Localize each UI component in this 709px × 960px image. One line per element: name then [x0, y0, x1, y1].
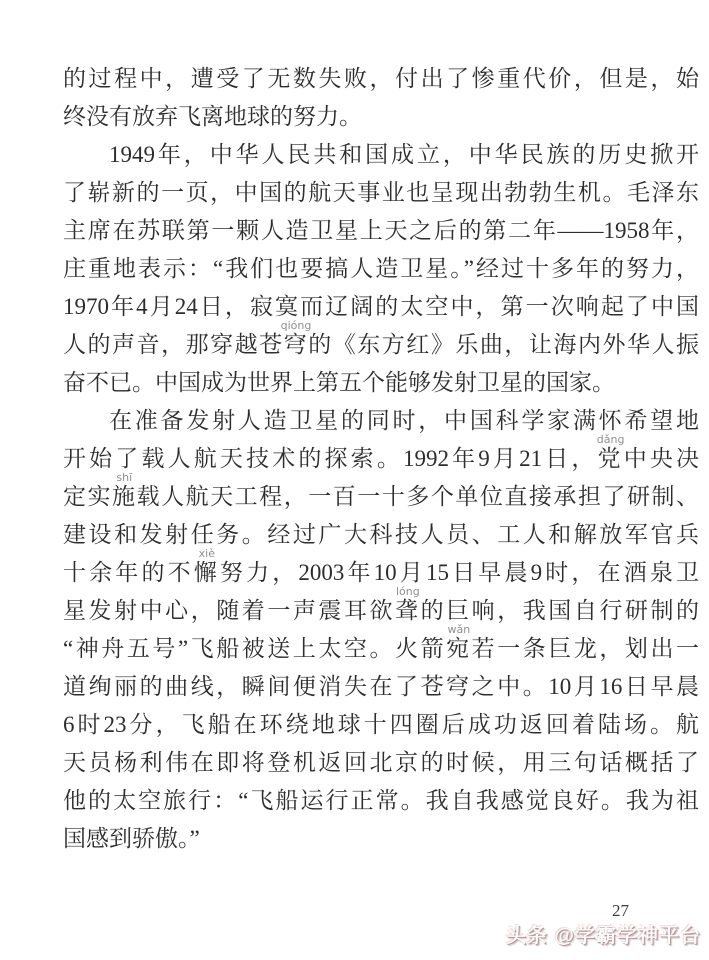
text-line: 终没有放弃飞离地球的努力。: [63, 98, 699, 136]
annotated-char: xiè懈: [194, 560, 220, 585]
paragraph: 1949年，中华人民共和国成立，中华民族的历史掀开了崭新的一页，中国的航天事业也…: [63, 136, 699, 402]
pinyin-annotation: xiè: [199, 548, 215, 559]
text-line: 他的太空旅行：“飞船运行正常。我自我感觉良好。我为祖: [63, 782, 699, 820]
text-line: “神舟五号”飞船被送上太空。火箭wǎn宛若一条巨龙，划出一: [63, 630, 699, 668]
text-line: 开始了载人航天技术的探索。1992年9月21日，dǎng党中央决: [63, 440, 699, 478]
pinyin-annotation: dǎng: [597, 434, 625, 445]
text-line: 主席在苏联第一颗人造卫星上天之后的第二年——1958年，: [63, 212, 699, 250]
pinyin-annotation: shī: [116, 472, 132, 483]
pinyin-annotation: qióng: [281, 320, 312, 331]
text-line: 的过程中，遭受了无数失败，付出了惨重代价，但是，始: [63, 60, 699, 98]
textbook-page: 的过程中，遭受了无数失败，付出了惨重代价，但是，始终没有放弃飞离地球的努力。19…: [0, 0, 709, 960]
text-line: 定实shī施载人航天工程，一百一十多个单位直接承担了研制、: [63, 478, 699, 516]
watermark: 头条 @学霸学神平台: [506, 919, 701, 948]
page-number: 27: [612, 901, 629, 921]
text-line: 十余年的不xiè懈努力，2003年10月15日早晨9时，在酒泉卫: [63, 554, 699, 592]
annotated-char: wǎn宛: [446, 636, 472, 661]
text-line: 奋不已。中国成为世界上第五个能够发射卫星的国家。: [63, 364, 699, 402]
paragraph: 的过程中，遭受了无数失败，付出了惨重代价，但是，始终没有放弃飞离地球的努力。: [63, 60, 699, 136]
text-line: 星发射中心，随着一声震耳欲lóng聋的巨响，我国自行研制的: [63, 592, 699, 630]
text-line: 道绚丽的曲线，瞬间便消失在了苍穹之中。10月16日早晨: [63, 668, 699, 706]
pinyin-annotation: lóng: [396, 586, 420, 597]
text-block: 的过程中，遭受了无数失败，付出了惨重代价，但是，始终没有放弃飞离地球的努力。19…: [63, 60, 699, 858]
annotated-char: dǎng党: [598, 446, 624, 471]
text-line: 了崭新的一页，中国的航天事业也呈现出勃勃生机。毛泽东: [63, 174, 699, 212]
annotated-char: shī施: [112, 484, 137, 509]
text-line: 建设和发射任务。经过广大科技人员、工人和解放军官兵: [63, 516, 699, 554]
annotated-char: qióng穹: [284, 332, 309, 357]
text-line: 1949年，中华人民共和国成立，中华民族的历史掀开: [63, 136, 699, 174]
text-line: 天员杨利伟在即将登机返回北京的时候，用三句话概括了: [63, 744, 699, 782]
paragraph: 在准备发射人造卫星的同时，中国科学家满怀希望地开始了载人航天技术的探索。1992…: [63, 402, 699, 858]
text-line: 国感到骄傲。”: [63, 820, 699, 858]
text-line: 人的声音，那穿越苍qióng穹的《东方红》乐曲，让海内外华人振: [63, 326, 699, 364]
annotated-char: lóng聋: [395, 598, 421, 623]
text-line: 1970年4月24日，寂寞而辽阔的太空中，第一次响起了中国: [63, 288, 699, 326]
pinyin-annotation: wǎn: [448, 624, 471, 635]
text-line: 6时23分，飞船在环绕地球十四圈后成功返回着陆场。航: [63, 706, 699, 744]
text-line: 庄重地表示：“我们也要搞人造卫星。”经过十多年的努力，: [63, 250, 699, 288]
